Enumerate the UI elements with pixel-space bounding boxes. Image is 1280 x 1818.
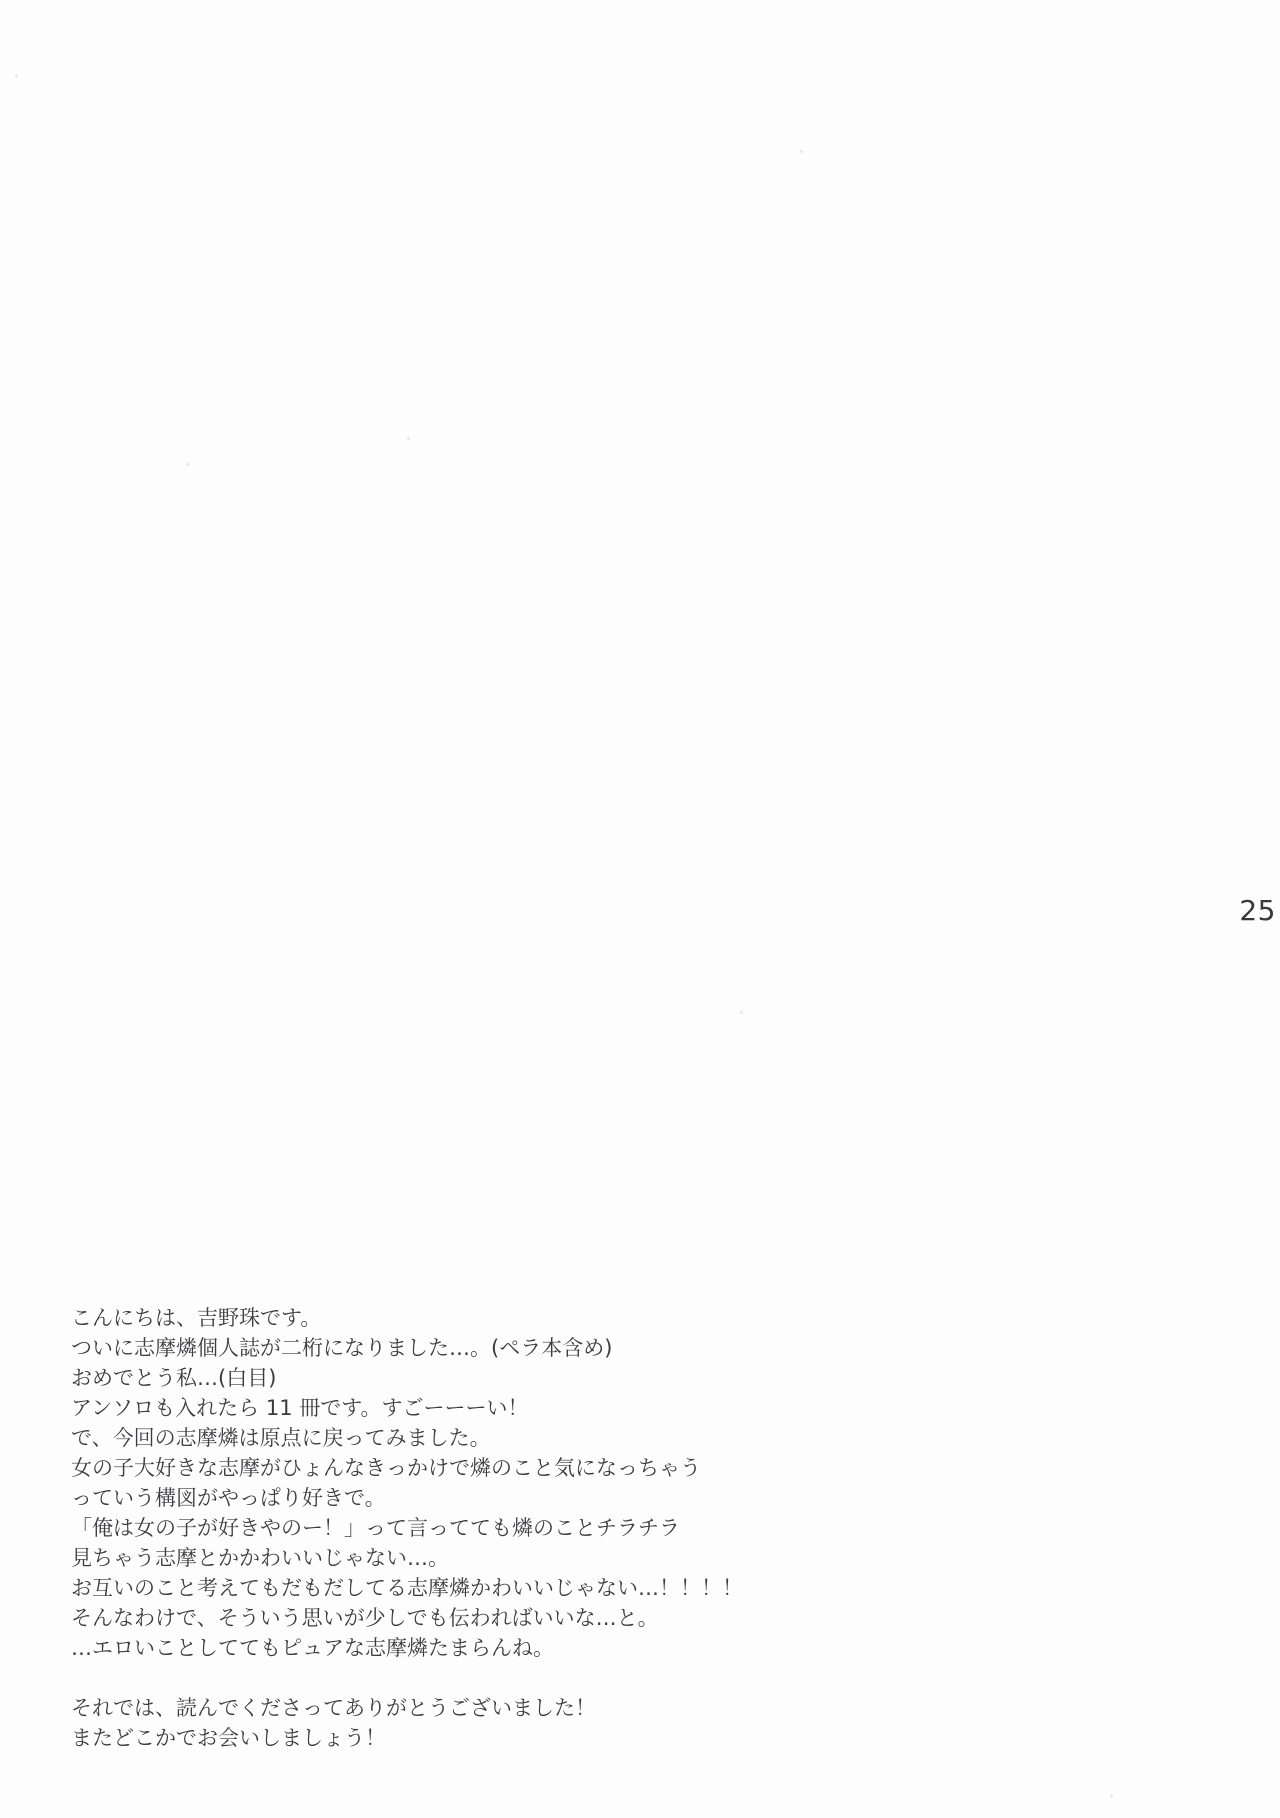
scan-artifact [186,463,189,466]
scan-artifact [407,437,410,440]
afterword-paragraph: こんにちは、吉野珠です。 ついに志摩燐個人誌が二桁になりました…。(ペラ本含め)… [71,1303,743,1663]
afterword-line: おめでとう私…(白目) [71,1363,743,1393]
afterword-line: またどこかでお会いしましょう！ [71,1723,743,1753]
afterword-line: 「俺は女の子が好きやのー！」って言ってても燐のことチラチラ [71,1513,743,1543]
scan-artifact [15,75,18,78]
scan-artifact [800,150,803,153]
afterword-text-block: こんにちは、吉野珠です。 ついに志摩燐個人誌が二桁になりました…。(ペラ本含め)… [71,1303,743,1753]
page-number: 25 [1239,897,1276,925]
doujinshi-afterword-page: 25 こんにちは、吉野珠です。 ついに志摩燐個人誌が二桁になりました…。(ペラ本… [0,0,1280,1818]
afterword-line: お互いのこと考えてもだもだしてる志摩燐かわいいじゃない…！！！！ [71,1573,743,1603]
afterword-line: アンソロも入れたら 11 冊です。すごーーーい！ [71,1393,743,1423]
afterword-line: こんにちは、吉野珠です。 [71,1303,743,1333]
afterword-closing-paragraph: それでは、読んでくださってありがとうございました！ またどこかでお会いしましょう… [71,1693,743,1753]
afterword-line: ついに志摩燐個人誌が二桁になりました…。(ペラ本含め) [71,1333,743,1363]
afterword-line: …エロいことしててもピュアな志摩燐たまらんね。 [71,1633,743,1663]
afterword-line: 見ちゃう志摩とかかわいいじゃない…。 [71,1543,743,1573]
scan-artifact [1110,1795,1113,1798]
scan-artifact [740,1011,743,1014]
afterword-line: で、今回の志摩燐は原点に戻ってみました。 [71,1423,743,1453]
afterword-line: それでは、読んでくださってありがとうございました！ [71,1693,743,1723]
afterword-line: 女の子大好きな志摩がひょんなきっかけで燐のこと気になっちゃう [71,1453,743,1483]
afterword-line: そんなわけで、そういう思いが少しでも伝わればいいな…と。 [71,1603,743,1633]
afterword-line: っていう構図がやっぱり好きで。 [71,1483,743,1513]
